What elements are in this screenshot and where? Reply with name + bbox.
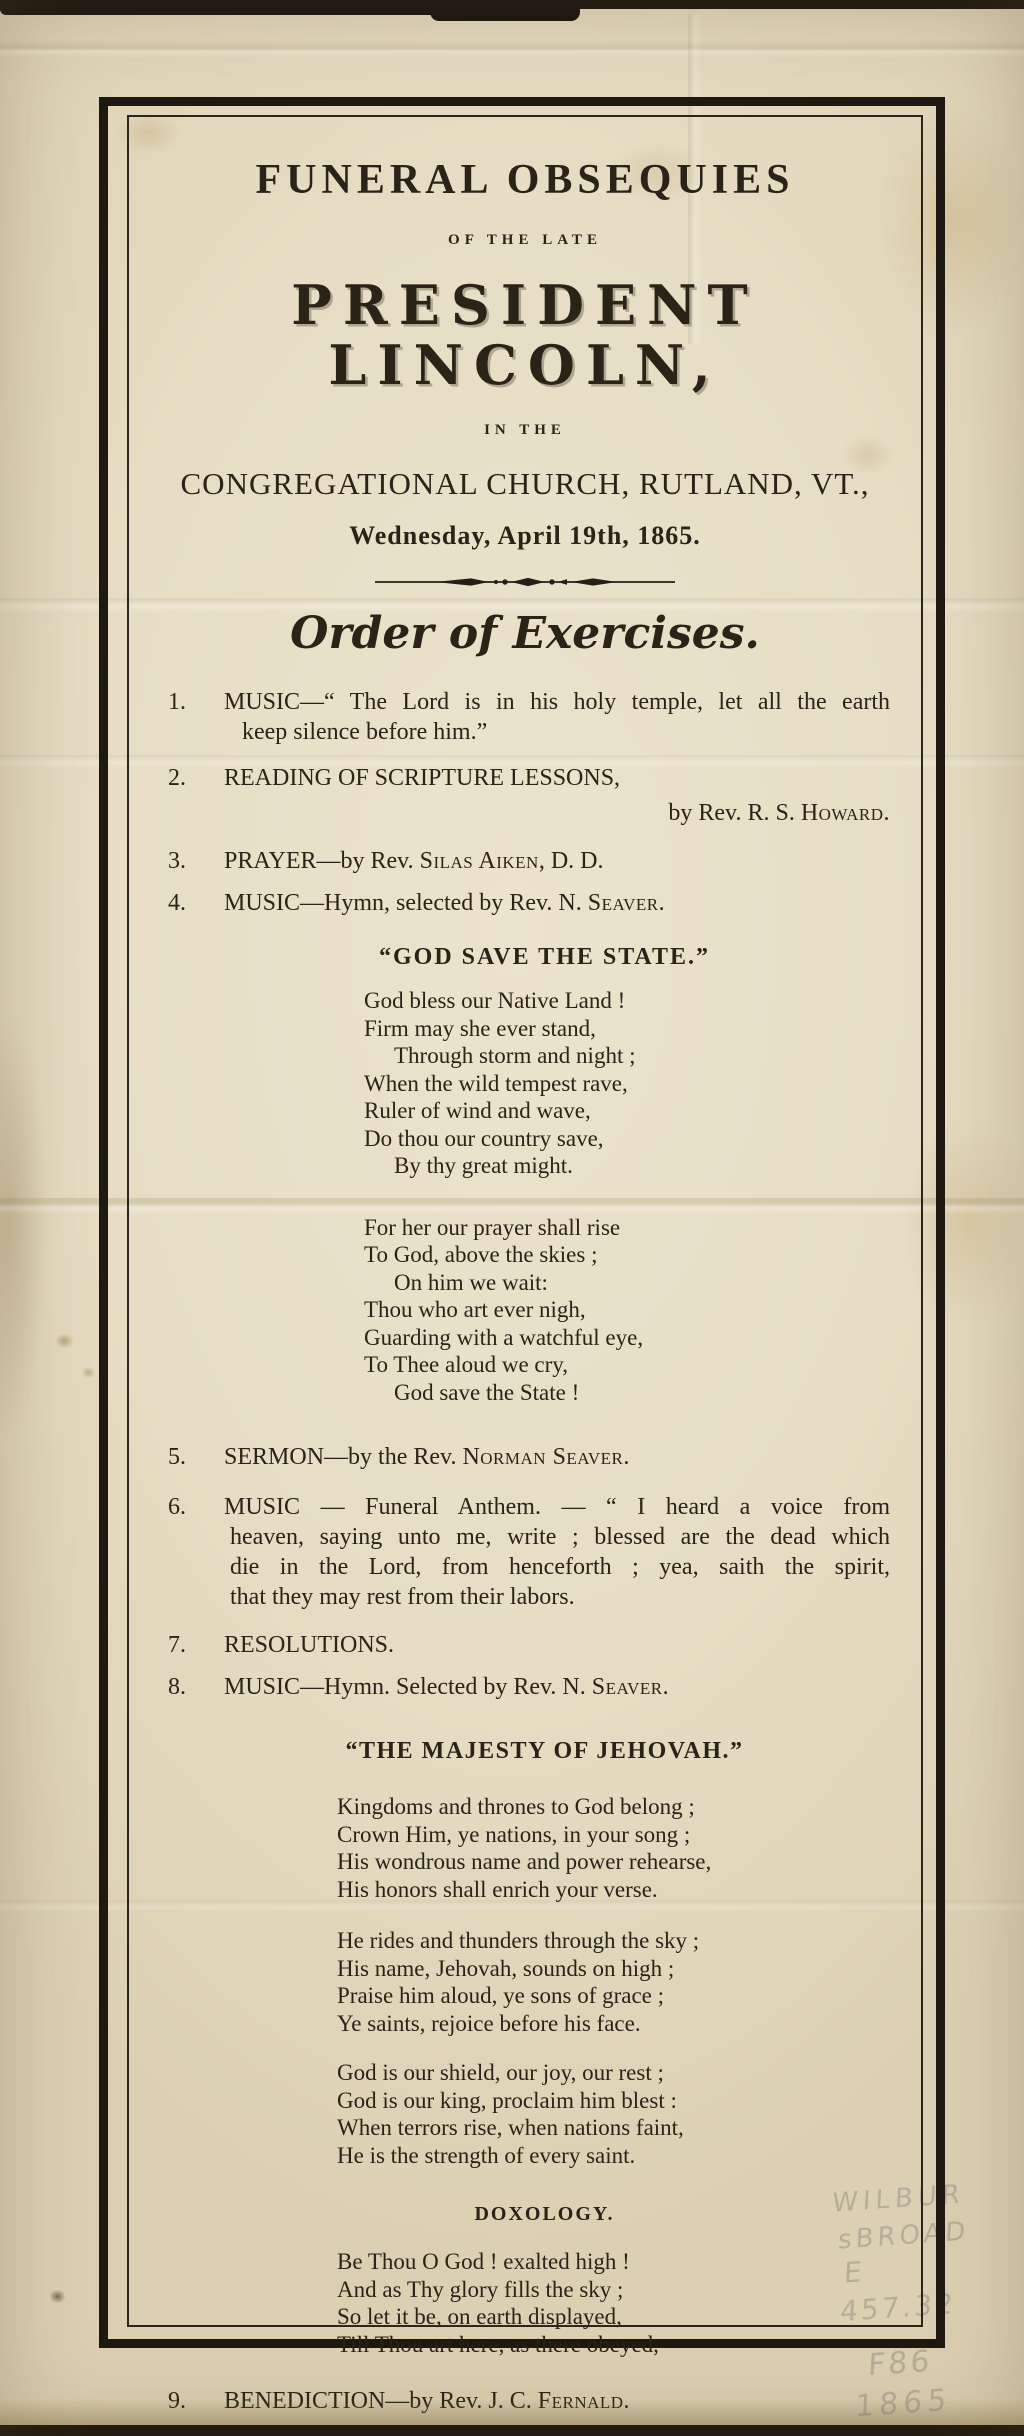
verse-line: God is our king, proclaim him blest : xyxy=(337,2087,921,2115)
scan-edge-bottom xyxy=(0,2425,1024,2436)
clergy-name: Seaver. xyxy=(592,1674,669,1700)
item-text-line: MUSIC — Funeral Anthem. — “ I heard a vo… xyxy=(224,1492,890,1522)
item-number: 1. xyxy=(168,687,224,717)
verse-line: He is the strength of every saint. xyxy=(337,2142,921,2170)
verse-line: So let it be, on earth displayed, xyxy=(337,2303,921,2331)
verse-line: When terrors rise, when nations faint, xyxy=(337,2114,921,2142)
verse-line: Ruler of wind and wave, xyxy=(364,1097,921,1125)
item-number: 4. xyxy=(168,888,224,918)
item-text: RESOLUTIONS. xyxy=(224,1630,890,1660)
item-text: MUSIC—Hymn, selected by Rev. N. Seaver. xyxy=(224,888,890,918)
subtitle-in-the: IN THE xyxy=(129,421,921,439)
byline-name: Howard. xyxy=(801,800,890,826)
item-text: SERMON—by the Rev. Norman Seaver. xyxy=(224,1442,890,1472)
item-text-line: die in the Lord, from henceforth ; yea, … xyxy=(224,1552,890,1582)
item-text-segment: SERMON—by the Rev. xyxy=(224,1444,462,1470)
item-number: 5. xyxy=(168,1442,224,1472)
verse-line: God save the State ! xyxy=(364,1379,921,1407)
item-byline: by Rev. R. S. Howard. xyxy=(224,798,890,828)
scan-edge-top-notch xyxy=(430,0,580,21)
order-item-7: 7.RESOLUTIONS. xyxy=(168,1630,921,1660)
verse-line: To God, above the skies ; xyxy=(364,1241,921,1269)
clergy-name: Norman Seaver. xyxy=(462,1444,629,1470)
verse-line: Be Thou O God ! exalted high ! xyxy=(337,2248,921,2276)
item-number: 6. xyxy=(168,1492,224,1522)
scanned-broadside-page: WILBUR sBROAD E 457.32 F86 1865 FUNERAL … xyxy=(0,0,1024,2436)
verse-line: Thou who art ever nigh, xyxy=(364,1296,921,1324)
section-title-order-of-exercises: Order of Exercises. xyxy=(129,607,921,661)
verse-line: Till Thou art here, as there obeyed, xyxy=(337,2331,921,2359)
title-funeral-obsequies: FUNERAL OBSEQUIES xyxy=(129,155,921,205)
clergy-name: Silas Aiken xyxy=(420,848,539,874)
order-item-8: 8.MUSIC—Hymn. Selected by Rev. N. Seaver… xyxy=(168,1672,921,1702)
verse-line: To Thee aloud we cry, xyxy=(364,1351,921,1379)
item-number: 7. xyxy=(168,1630,224,1660)
order-item-3: 3.PRAYER—by Rev. Silas Aiken, D. D. xyxy=(168,846,921,876)
verse-line: Guarding with a watchful eye, xyxy=(364,1324,921,1352)
printed-content: FUNERAL OBSEQUIES OF THE LATE PRESIDENT … xyxy=(129,117,921,2416)
item-text-line: that they may rest from their labors. xyxy=(224,1582,890,1612)
verse-line: God is our shield, our joy, our rest ; xyxy=(337,2059,921,2087)
item-text: MUSIC—Hymn. Selected by Rev. N. Seaver. xyxy=(224,1672,890,1702)
verse-line: Through storm and night ; xyxy=(364,1042,921,1070)
verse-line: When the wild tempest rave, xyxy=(364,1070,921,1098)
order-item-6: 6. MUSIC — Funeral Anthem. — “ I heard a… xyxy=(168,1492,921,1612)
hymn-title-majesty-of-jehovah: “THE MAJESTY OF JEHOVAH.” xyxy=(168,1738,921,1765)
verse-line: His wondrous name and power rehearse, xyxy=(337,1848,921,1876)
verse-line: By thy great might. xyxy=(364,1152,921,1180)
item-text: MUSIC—“ The Lord is in his holy temple, … xyxy=(224,687,890,747)
item-text-segment: , D. D. xyxy=(539,848,604,874)
item-text-segment: MUSIC—Hymn, selected by Rev. N. xyxy=(224,890,588,916)
verse-line: Do thou our country save, xyxy=(364,1125,921,1153)
item-text-line: READING OF SCRIPTURE LESSONS, xyxy=(224,763,890,793)
item-text: READING OF SCRIPTURE LESSONS, by Rev. R.… xyxy=(224,763,890,828)
item-number: 3. xyxy=(168,846,224,876)
hymn2-verse-1: Kingdoms and thrones to God belong ; Cro… xyxy=(337,1793,921,1903)
verse-line: Firm may she ever stand, xyxy=(364,1015,921,1043)
doxology-verse: Be Thou O God ! exalted high ! And as Th… xyxy=(337,2248,921,2358)
hymn2-verse-3: God is our shield, our joy, our rest ; G… xyxy=(337,2059,921,2169)
verse-line: For her our prayer shall rise xyxy=(364,1214,921,1242)
verse-line: God bless our Native Land ! xyxy=(364,987,921,1015)
verse-line: He rides and thunders through the sky ; xyxy=(337,1927,921,1955)
item-text: MUSIC — Funeral Anthem. — “ I heard a vo… xyxy=(224,1492,890,1612)
item-text-segment: MUSIC—Hymn. Selected by Rev. N. xyxy=(224,1674,592,1700)
hymn2-verse-2: He rides and thunders through the sky ; … xyxy=(337,1927,921,2037)
verse-line: Praise him aloud, ye sons of grace ; xyxy=(337,1982,921,2010)
hymn-title-god-save-the-state: “GOD SAVE THE STATE.” xyxy=(168,944,921,971)
doxology-heading: DOXOLOGY. xyxy=(168,2203,921,2226)
verse-line: His name, Jehovah, sounds on high ; xyxy=(337,1955,921,1983)
verse-line: On him we wait: xyxy=(364,1269,921,1297)
title-church-location: CONGREGATIONAL CHURCH, RUTLAND, VT., xyxy=(129,467,921,501)
item-text: PRAYER—by Rev. Silas Aiken, D. D. xyxy=(224,846,890,876)
event-date: Wednesday, April 19th, 1865. xyxy=(129,521,921,551)
order-item-4: 4.MUSIC—Hymn, selected by Rev. N. Seaver… xyxy=(168,888,921,918)
item-number: 2. xyxy=(168,763,224,793)
hymn-verse-1: God bless our Native Land ! Firm may she… xyxy=(364,987,921,1180)
hymn-verse-2: For her our prayer shall rise To God, ab… xyxy=(364,1214,921,1407)
byline-prefix: by Rev. R. S. xyxy=(668,800,800,826)
subtitle-of-the-late: OF THE LATE xyxy=(129,231,921,249)
order-item-1: 1. MUSIC—“ The Lord is in his holy templ… xyxy=(168,687,921,747)
item-number: 8. xyxy=(168,1672,224,1702)
torn-paper-edge xyxy=(0,2399,1024,2427)
clergy-name: Seaver. xyxy=(588,890,665,916)
order-item-5: 5.SERMON—by the Rev. Norman Seaver. xyxy=(168,1442,921,1472)
title-president-lincoln: PRESIDENT LINCOLN, xyxy=(129,275,921,395)
verse-line: His honors shall enrich your verse. xyxy=(337,1876,921,1904)
verse-line: Ye saints, rejoice before his face. xyxy=(337,2010,921,2038)
order-of-exercises-list: 1. MUSIC—“ The Lord is in his holy templ… xyxy=(129,687,921,2416)
verse-line: And as Thy glory fills the sky ; xyxy=(337,2276,921,2304)
verse-line: Crown Him, ye nations, in your song ; xyxy=(337,1821,921,1849)
ornament-divider xyxy=(373,575,677,589)
item-text-line: keep silence before him.” xyxy=(224,717,890,747)
verse-line: Kingdoms and thrones to God belong ; xyxy=(337,1793,921,1821)
item-text-line: MUSIC—“ The Lord is in his holy temple, … xyxy=(224,687,890,717)
order-item-2: 2. READING OF SCRIPTURE LESSONS, by Rev.… xyxy=(168,763,921,828)
item-text-segment: RESOLUTIONS. xyxy=(224,1632,394,1658)
item-text-segment: PRAYER—by Rev. xyxy=(224,848,420,874)
item-text-line: heaven, saying unto me, write ; blessed … xyxy=(224,1522,890,1552)
